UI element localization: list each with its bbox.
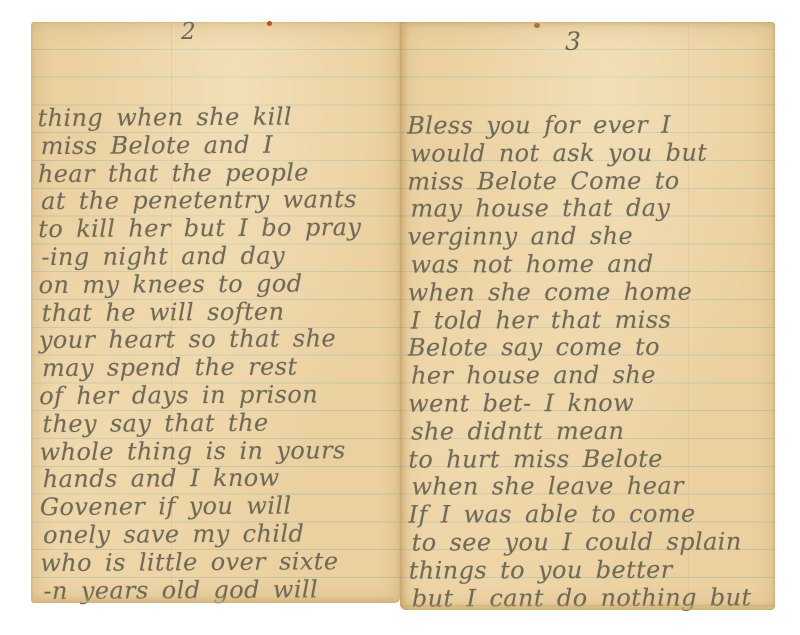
handwriting-line: on my knees to god (38, 270, 397, 300)
handwriting-line: but I cant do nothing but (412, 584, 774, 613)
handwriting-line: hear that the people (38, 159, 397, 189)
stain-dot-orange (267, 21, 272, 26)
page-number: 2 (181, 19, 196, 45)
handwriting-line: that he will soften (42, 297, 398, 327)
letter-page-right: 3 Bless you for ever I would not ask you… (400, 22, 775, 610)
handwriting-line: Bless you for ever I (407, 111, 772, 140)
handwriting-line: whole thing is in yours (40, 436, 399, 466)
stain-dot-brown (534, 23, 540, 28)
handwriting-line: her house and she (411, 362, 773, 391)
handwriting-line: she didntt mean (411, 417, 773, 446)
handwriting-line: was not home and (411, 250, 773, 279)
handwriting-line: may house that day (410, 195, 772, 224)
handwriting-line: -n years old god will (43, 575, 399, 605)
handwriting-line: hands and I know (43, 464, 399, 494)
handwriting-line: your heart so that she (39, 325, 398, 355)
handwriting-line: when she come home (408, 278, 773, 307)
handwriting-line: to see you I could splain (412, 528, 774, 557)
handwriting-line: verginny and she (408, 223, 773, 252)
handwriting-line: to kill her but I bo pray (38, 214, 397, 244)
handwriting-line: -ing night and day (41, 242, 397, 272)
handwriting-line: thing when she kill (37, 103, 396, 133)
handwriting-line: Belote say come to (408, 334, 773, 363)
handwriting-block: Bless you for ever I would not ask you b… (407, 111, 774, 613)
handwriting-line: onely save my child (43, 520, 399, 550)
letter-page-left: 2 thing when she kill miss Belote and I … (31, 22, 400, 603)
handwriting-line: at the penetentry wants (41, 186, 397, 216)
handwriting-line: things to you better (409, 556, 774, 585)
handwriting-line: to hurt miss Belote (408, 445, 773, 474)
handwriting-line: If I was able to come (408, 501, 773, 530)
handwriting-line: of her days in prison (39, 381, 398, 411)
handwriting-line: I told her that miss (411, 306, 773, 335)
handwriting-line: miss Belote and I (41, 131, 397, 161)
handwriting-line: Govener if you will (40, 492, 399, 522)
letter-scan: 2 thing when she kill miss Belote and I … (0, 0, 800, 635)
handwriting-line: miss Belote Come to (407, 167, 772, 196)
handwriting-line: may spend the rest (42, 353, 398, 383)
handwriting-line: who is little over sixte (40, 548, 399, 578)
handwriting-line: went bet- I know (408, 389, 773, 418)
handwriting-block: thing when she kill miss Belote and I he… (37, 103, 399, 606)
page-number: 3 (565, 27, 581, 56)
handwriting-line: they say that the (42, 409, 398, 439)
handwriting-line: would not ask you but (410, 139, 772, 168)
handwriting-line: when she leave hear (411, 473, 773, 502)
